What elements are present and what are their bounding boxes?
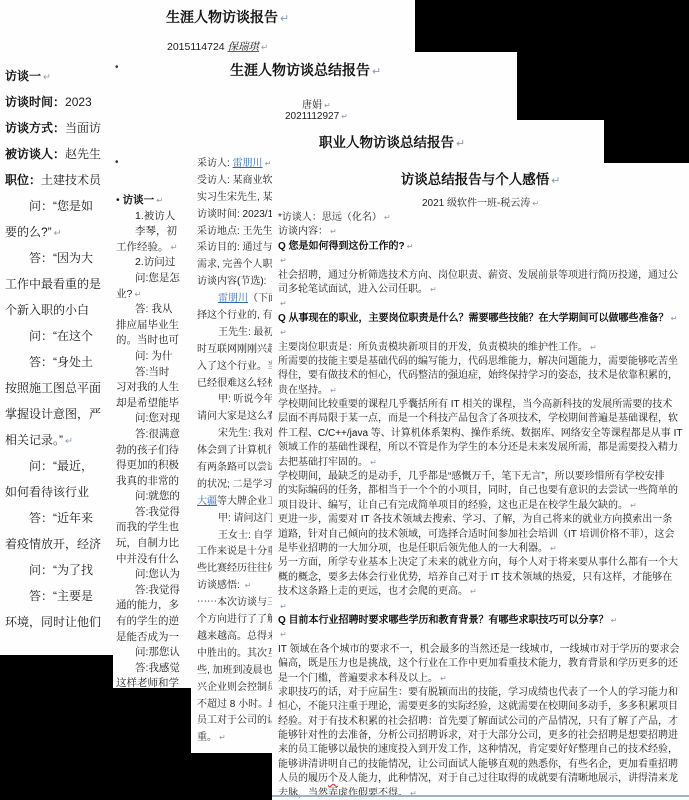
text-segment: 得更加的积极	[116, 459, 179, 471]
text-segment: 通的能力，多	[116, 599, 179, 611]
text-segment: 工作来说是十分重	[197, 546, 277, 557]
pilcrow-mark: ↵	[280, 630, 287, 639]
pilcrow-mark: ↵	[54, 228, 62, 239]
text-segment: 掌握设计意图，严	[5, 407, 101, 421]
pilcrow-mark: ↵	[470, 587, 477, 596]
text-segment: 问：“在这个	[29, 329, 93, 343]
text-segment: 答:我觉得	[135, 584, 180, 596]
text-segment: 环境，同时让他们	[5, 615, 101, 629]
pilcrow-mark: ↵	[280, 328, 287, 337]
text-segment: 求职技巧的话，对于应届生：要有脱颖而出的技能，学习成绩也代表了一个人的学习能力和	[278, 687, 678, 698]
text-line: Q 目前本行业招聘时要求哪些学历和教育背景？有哪些求职技巧可以分享？↵	[278, 614, 683, 628]
text-segment: 勃的孩子们待	[116, 444, 179, 456]
text-segment: 学校期间比较重要的课程几乎囊括所有 IT 相关的课程，当今高新科技的发展所需要的…	[278, 399, 672, 410]
text-segment: 的实际编码的任务，都相当于一个个的小项目，同时，自己也要有意识的去尝试一些简单的	[278, 485, 678, 496]
pilcrow-mark: ↵	[370, 458, 377, 467]
text-segment: 有两条路可以尝试	[197, 462, 277, 473]
text-segment: 重。	[197, 732, 217, 743]
text-segment: 王女士: 自学	[218, 530, 274, 541]
text-segment: 员工对于公司的认	[197, 715, 277, 726]
text-segment: 有的学生的逆	[116, 615, 179, 627]
pilcrow-mark: ↵	[280, 299, 287, 308]
text-line: 得住，要有做技术的恒心，代码整洁的强迫症，始终保持学习的姿态，技术是依靠积累的，	[278, 369, 683, 383]
text-segment: 贵在坚持。	[278, 385, 328, 396]
text-segment: 需求, 完善个人职	[197, 259, 273, 270]
text-segment: 被访谈人：	[5, 147, 65, 161]
text-segment: 的。当时也可	[116, 334, 179, 346]
text-segment: 问:您对现	[135, 412, 180, 424]
text-segment: 等大牌企业工	[217, 496, 277, 507]
text-segment: 如何看待该行业	[5, 485, 89, 499]
text-segment: 主要岗位职责是：所负责模块新项目的开发，负责模块的维护性工作。	[278, 342, 588, 353]
text-segment: 择这个行业的, 有	[197, 310, 273, 321]
text-segment: 入了这个行业。当	[197, 361, 277, 372]
text-segment: 这样老师和学	[116, 677, 179, 688]
page4-title-text: 访谈总结报告与个人感悟	[401, 172, 550, 187]
text-segment: 着疫情放开，经济	[5, 537, 101, 551]
pilcrow-mark: ↵	[372, 66, 381, 78]
pilcrow-mark: ↵	[280, 602, 287, 611]
text-segment: 时互联网刚刚兴起	[197, 344, 277, 355]
text-segment: 王先生: 最初	[218, 327, 274, 338]
text-segment: 恒心，不能只注重于理论，需要更多的实际经验，这就需要在校期间多动手，多多积累项目	[278, 701, 678, 712]
pilcrow-mark: ↵	[551, 175, 560, 187]
text-segment: 是毕业招聘的一大加分项，也是任职后领先他人的一大利器。	[278, 543, 548, 554]
text-segment: 偏高，既是压力也是挑战，这个行业在工作中更加看重技术能力，教育背景和学历更多的还	[278, 658, 678, 669]
text-line: ↵	[278, 600, 683, 614]
text-segment: 是一个门槛，普遍要求本科及以上。	[278, 673, 438, 684]
text-segment: 及人能力，此种情况，对于自己过往取得的成就要有清晰地展示，讲得清来龙	[338, 773, 678, 784]
text-segment: 相关记录。”	[5, 433, 63, 447]
text-segment: 甲: 请问这门	[218, 513, 274, 524]
text-segment: 访谈时间：	[5, 95, 65, 109]
pilcrow-mark: ↵	[430, 285, 437, 294]
text-segment: 问：“为了找	[29, 563, 93, 577]
text-segment: 采访目的: 通过与	[197, 242, 273, 253]
text-segment: 1.被访人	[135, 210, 175, 222]
pilcrow-mark: ↵	[440, 674, 447, 683]
text-line: 是一个门槛，普遍要求本科及以上。↵	[278, 672, 683, 686]
text-line: ↵	[278, 628, 683, 642]
page3-title-text: 职业人物访谈总结报告	[319, 135, 454, 150]
page1-title: 生涯人物访谈报告↵	[166, 7, 289, 27]
text-line: 司多轮笔试面试，进入公司任职。↵	[278, 283, 683, 297]
text-line: 经验。对于有技术积累的社会招聘：首先要了解面试公司的产品情况，只有了解了产品，才	[278, 715, 683, 729]
text-segment: Q 从事现在的职业，主要岗位职责是什么？需要哪些技能？在大学期间可以做哪些准备？	[278, 313, 669, 324]
text-line: 人员的履历个及人能力，此种情况，对于自己过往取得的成就要有清晰地展示，讲得清来龙	[278, 772, 683, 786]
text-segment: 访谈一	[123, 194, 155, 206]
text-segment: 赵先生	[65, 147, 101, 161]
text-segment: 层面不再局限于某一点，而是一个科技产品包含了各项技术，学校期间普遍是基础课程，软	[278, 413, 678, 424]
list-bullet: •	[115, 62, 119, 73]
text-segment: 另一方面，所学专业基本上决定了未来的就业方向，每个人对于将来要从事什么都有一个大	[278, 557, 678, 568]
text-segment: 个新入职的小白	[5, 303, 89, 317]
text-segment: 件工程、C/C++/java 等、计算机体系架构、操作系统、数据库、网络安全等课…	[278, 428, 682, 439]
page2-author: 唐娟↵	[302, 96, 331, 111]
text-line: 能够讲清讲明自己的技能情况，让公司面试人能够直观的熟悉你，有些名企，更加看重招聘	[278, 758, 683, 772]
text-line: 访谈内容：↵	[278, 225, 683, 239]
text-segment: 问:您认为	[135, 568, 180, 580]
text-segment: 已经很难这么轻松	[197, 378, 277, 389]
text-segment: 答:很满意	[135, 428, 180, 440]
text-segment: 答：“主要是	[29, 589, 93, 603]
text-line: 求职技巧的话，对于应届生：要有脱颖而出的技能，学习成绩也代表了一个人的学习能力和	[278, 686, 683, 700]
text-segment: 些, 加班到凌晨也	[197, 665, 273, 676]
text-line: 能够针对性的去准备，分析公司招聘诉求，对于大部分公司，更多的社会招聘是想要招聘进	[278, 729, 683, 743]
hyperlink[interactable]: 雷朋川	[218, 293, 248, 304]
text-segment: 访谈方式：	[5, 121, 65, 135]
text-line: 社会招聘，通过分析筛选技术方向、岗位职责、薪资、发展前景等项进行简历投递，通过公	[278, 269, 683, 283]
text-segment: 采访人:	[197, 158, 233, 169]
text-segment: 道路，针对自己倾向的技术领域，可选择合适时间参加社会培训（IT 培训价格不菲），…	[278, 529, 674, 540]
pilcrow-mark: ↵	[611, 616, 618, 625]
author-name: 唐娟	[302, 100, 322, 111]
text-line: 项目设计、编写，让自己有完成简单项目的经验，这也正是在校学生最欠缺的。↵	[278, 499, 683, 513]
pilcrow-mark: ↵	[156, 195, 163, 205]
text-segment: 问:您是怎	[135, 272, 180, 284]
text-line: Q 从事现在的职业，主要岗位职责是什么？需要哪些技能？在大学期间可以做哪些准备？…	[278, 312, 683, 326]
text-segment: 人员的履历	[278, 773, 328, 784]
text-segment: 答:我感觉	[135, 662, 180, 674]
pilcrow-mark: ↵	[134, 289, 141, 299]
window-bottom-edge	[272, 795, 689, 797]
text-line: 件工程、C/C++/java 等、计算机体系架构、操作系统、数据库、网络安全等课…	[278, 427, 683, 441]
pilcrow-mark: ↵	[456, 138, 465, 150]
pilcrow-mark: ↵	[590, 343, 597, 352]
text-line: Q 您是如何得到这份工作的?↵	[278, 240, 683, 254]
text-segment: 访谈感悟:	[197, 580, 243, 591]
pilcrow-mark: ↵	[261, 42, 268, 52]
text-line: 的实际编码的任务，都相当于一个个的小项目，同时，自己也要有意识的去尝试一些简单的	[278, 484, 683, 498]
text-segment: 宋先生: 我对	[218, 428, 274, 439]
pilcrow-mark: ↵	[630, 501, 637, 510]
text-segment: 概的概念，要多去体会行业优势，培养自己对于 IT 技术领域的热爱，只有这样，才能…	[278, 572, 672, 583]
text-segment: 而我的学生也	[116, 521, 179, 533]
text-segment: 所需要的技能主要是基础代码的编写能力，代码思维能力，解决问题能力，需要能够吃苦坐	[278, 356, 678, 367]
text-segment: 能够讲清讲明自己的技能情况，让公司面试人能够直观的熟悉你，有些名企，更加看重招聘	[278, 759, 678, 770]
text-line: *访谈人：思远（化名）↵	[278, 211, 683, 225]
page4-subtitle: 2021 级软件一班-税云涛↵	[272, 194, 689, 209]
pilcrow-mark: ↵	[265, 159, 272, 168]
text-segment: 访谈时间: 2023/1	[197, 209, 273, 220]
pilcrow-mark: ↵	[384, 213, 391, 222]
document-page-4: 访谈总结报告与个人感悟↵ 2021 级软件一班-税云涛↵ *访谈人：思远（化名）…	[272, 163, 689, 800]
text-segment: 问：“最近，	[29, 459, 93, 473]
text-line: 去脉，当然弄虚作假要不得。↵	[278, 787, 683, 800]
text-segment: IT 领域在各个城市的要求不一，机会最多的当然还是一线城市，一线城市对于学历的要…	[278, 644, 679, 655]
text-line: IT 领域在各个城市的要求不一，机会最多的当然还是一线城市，一线城市对于学历的要…	[278, 643, 683, 657]
text-segment: 的状况; 二是学习	[197, 479, 273, 490]
document-stack-view: 生涯人物访谈报告↵ 2015114724 保瑞琪↵ 访谈一↵访谈时间：2023访…	[0, 0, 689, 800]
text-line: 来的员工能够以最快的速度投入到开发工作，这种情况，肯定要好好整理自己的技术经验，	[278, 743, 683, 757]
text-segment: 业?	[116, 288, 132, 300]
text-segment: ⋯⋯本次访谈与三	[197, 597, 277, 608]
list-bullet: •	[115, 157, 119, 168]
pilcrow-mark: ↵	[245, 581, 252, 590]
text-segment: 土建技术员	[41, 173, 101, 187]
text-segment: 项目设计、编写，让自己有完成简单项目的经验，这也正是在校学生最欠缺的。	[278, 500, 628, 511]
pilcrow-mark: ↵	[171, 242, 178, 252]
text-line: 恒心，不能只注重于理论，需要更多的实际经验，这就需要在校期间多动手，多多积累项目	[278, 700, 683, 714]
text-segment: 答: 我从	[135, 303, 172, 315]
text-segment: 李琴，初	[135, 225, 177, 237]
pilcrow-mark: ↵	[65, 436, 73, 447]
text-line: ↵	[278, 254, 683, 268]
text-segment: 问: 为什	[135, 350, 172, 362]
text-segment: 体会到了计算机行	[197, 445, 277, 456]
text-segment: 得住，要有做技术的恒心，代码整洁的强迫症，始终保持学习的姿态，技术是依靠积累的，	[278, 370, 678, 381]
text-line: 偏高，既是压力也是挑战，这个行业在工作中更加看重技术能力，教育背景和学历更多的还	[278, 657, 683, 671]
text-line: 概的概念，要多去体会行业优势，培养自己对于 IT 技术领域的热爱，只有这样，才能…	[278, 571, 683, 585]
text-segment: 问:就您的	[135, 490, 180, 502]
text-segment: 要的么?”	[5, 225, 52, 239]
text-segment: 2.访问过	[135, 256, 175, 268]
text-line: 所需要的技能主要是基础代码的编写能力，代码思维能力，解决问题能力，需要能够吃苦坐	[278, 355, 683, 369]
pilcrow-mark: ↵	[532, 199, 539, 208]
text-segment: 职位：	[5, 173, 41, 187]
text-segment: 采访地点: 王先生	[197, 226, 273, 237]
text-segment: 我真的非常的	[116, 475, 179, 487]
text-segment: 社会招聘，通过分析筛选技术方向、岗位职责、薪资、发展前景等项进行简历投递，通过公	[278, 270, 678, 281]
text-line: 贵在坚持。↵	[278, 384, 683, 398]
text-segment: 工作中最看重的是	[5, 277, 101, 291]
text-line: 学校期间比较重要的课程几乎囊括所有 IT 相关的课程，当今高新科技的发展所需要的…	[278, 398, 683, 412]
misspelled-text: 个	[328, 773, 338, 784]
text-segment: 习对我的人生	[116, 381, 179, 393]
text-segment: 来的员工能够以最快的速度投入到开发工作，这种情况，肯定要好好整理自己的技术经验，	[278, 744, 678, 755]
text-segment: 实习生宋先生, 某	[197, 192, 273, 203]
text-line: 学校期间，最缺乏的是动手，几乎都是“感慨万千，笔下无言”，所以要珍惜所有学校安排	[278, 470, 683, 484]
text-segment: Q 目前本行业招聘时要求哪些学历和教育背景？有哪些求职技巧可以分享？	[278, 615, 609, 626]
hyperlink[interactable]: 大疆	[197, 496, 217, 507]
hyperlink[interactable]: 雷朋川	[233, 158, 263, 169]
text-line: 层面不再局限于某一点，而是一个科技产品包含了各项技术，学校期间普遍是基础课程，软	[278, 412, 683, 426]
pilcrow-mark: ↵	[671, 314, 678, 323]
page4-subtitle-text: 2021 级软件一班-税云涛	[422, 198, 530, 209]
pilcrow-mark: ↵	[280, 13, 289, 25]
text-segment: 问：“您是如	[29, 199, 93, 213]
text-line: ↵	[278, 297, 683, 311]
text-segment: 当面访	[65, 121, 101, 135]
text-segment: 甲: 听说今年	[218, 394, 274, 405]
text-line: 道路，针对自己倾向的技术领域，可选择合适时间参加社会培训（IT 培训价格不菲），…	[278, 528, 683, 542]
text-segment: Q 您是如何得到这份工作的?	[278, 241, 405, 252]
text-segment: 经验。对于有技术积累的社会招聘：首先要了解面试公司的产品情况，只有了解了产品，才	[278, 716, 678, 727]
text-segment: 答：“近年来	[29, 511, 93, 525]
text-line: 主要岗位职责是：所负责模块新项目的开发，负责模块的维护性工作。↵	[278, 341, 683, 355]
text-segment: 答：“因为大	[29, 251, 93, 265]
page2-title: 生涯人物访谈总结报告↵	[230, 60, 381, 80]
text-line: 是毕业招聘的一大加分项，也是任职后领先他人的一大利器。↵	[278, 542, 683, 556]
text-segment: 能够针对性的去准备，分析公司招聘诉求，对于大部分公司，更多的社会招聘是想要招聘进	[278, 730, 678, 741]
pilcrow-mark: ↵	[330, 227, 337, 236]
text-segment: 访谈一	[5, 69, 41, 83]
text-segment: 答:当时	[135, 366, 169, 378]
text-segment: 问:那您认	[135, 646, 180, 658]
text-segment: *访谈人：思远（化名）	[278, 212, 382, 223]
text-segment: 个方向进行了了解	[197, 614, 277, 625]
pilcrow-mark: ↵	[324, 101, 331, 110]
text-segment: 兴企业则会控制员	[197, 682, 277, 693]
text-line: 另一方面，所学专业基本上决定了未来的就业方向，每个人对于将来要从事什么都有一个大	[278, 556, 683, 570]
text-line: 技术这条路上走的更远，也才会爬的更高。↵	[278, 585, 683, 599]
pilcrow-mark: ↵	[550, 544, 557, 553]
text-segment: 领域工作的基础性课程，所以不管是作为学生的本分还是未来发展所需，都是需要投入精力	[278, 442, 678, 453]
text-segment: 更进一步，需要对 IT 各技术领域去搜索、学习、了解，为自己将来的就业方向摸索出…	[278, 514, 672, 525]
text-line: 领域工作的基础性课程，所以不管是作为学生的本分还是未来发展所需，都是需要投入精力	[278, 441, 683, 455]
text-segment: 答:我觉得	[135, 506, 180, 518]
text-segment: 2023	[65, 95, 92, 109]
pilcrow-mark: ↵	[280, 256, 287, 265]
text-segment: 排应届毕业生	[116, 319, 179, 331]
text-segment: 司多轮笔试面试，进入公司任职。	[278, 284, 428, 295]
text-segment: 答：“身处土	[29, 355, 93, 369]
pilcrow-mark: ↵	[219, 733, 226, 742]
text-segment: 些比赛经历往往体	[197, 563, 277, 574]
text-line: 去把基础打牢固的。↵	[278, 456, 683, 470]
text-segment: 访谈内容(节选):	[197, 276, 269, 287]
text-line: 更进一步，需要对 IT 各技术领域去搜索、学习、了解，为自己将来的就业方向摸索出…	[278, 513, 683, 527]
page4-title: 访谈总结报告与个人感悟↵	[272, 168, 689, 188]
pilcrow-mark: ↵	[407, 242, 414, 251]
text-segment: 是能否成为一	[116, 631, 179, 643]
text-segment: 技术这条路上走的更远，也才会爬的更高。	[278, 586, 468, 597]
pilcrow-mark: ↵	[330, 386, 337, 395]
text-segment: 去把基础打牢固的。	[278, 457, 368, 468]
text-segment: 受访人: 某商业软	[197, 175, 273, 186]
text-segment: 工作经验。	[116, 241, 169, 253]
page4-body: *访谈人：思远（化名）↵访谈内容：↵Q 您是如何得到这份工作的?↵↵社会招聘，通…	[278, 211, 683, 800]
text-segment: 访谈内容：	[278, 226, 328, 237]
page3-title: 职业人物访谈总结报告↵	[319, 131, 465, 151]
text-segment: 玩，自制力比	[116, 537, 179, 549]
text-segment: 学校期间，最缺乏的是动手，几乎都是“感慨万千，笔下无言”，所以要珍惜所有学校安排	[278, 471, 665, 482]
text-segment: •	[116, 194, 123, 206]
text-line: ↵	[278, 326, 683, 340]
text-segment: 不超过 8 小时。最	[197, 699, 278, 710]
text-segment: 按照施工图总平面	[5, 381, 101, 395]
text-segment: 却是希望能毕	[116, 397, 179, 409]
text-segment: 请问大家是这么看	[197, 411, 277, 422]
page2-title-text: 生涯人物访谈总结报告	[230, 62, 370, 78]
text-segment: 中并没有什么	[116, 553, 179, 565]
pilcrow-mark: ↵	[43, 72, 51, 83]
page1-title-text: 生涯人物访谈报告	[166, 9, 278, 25]
